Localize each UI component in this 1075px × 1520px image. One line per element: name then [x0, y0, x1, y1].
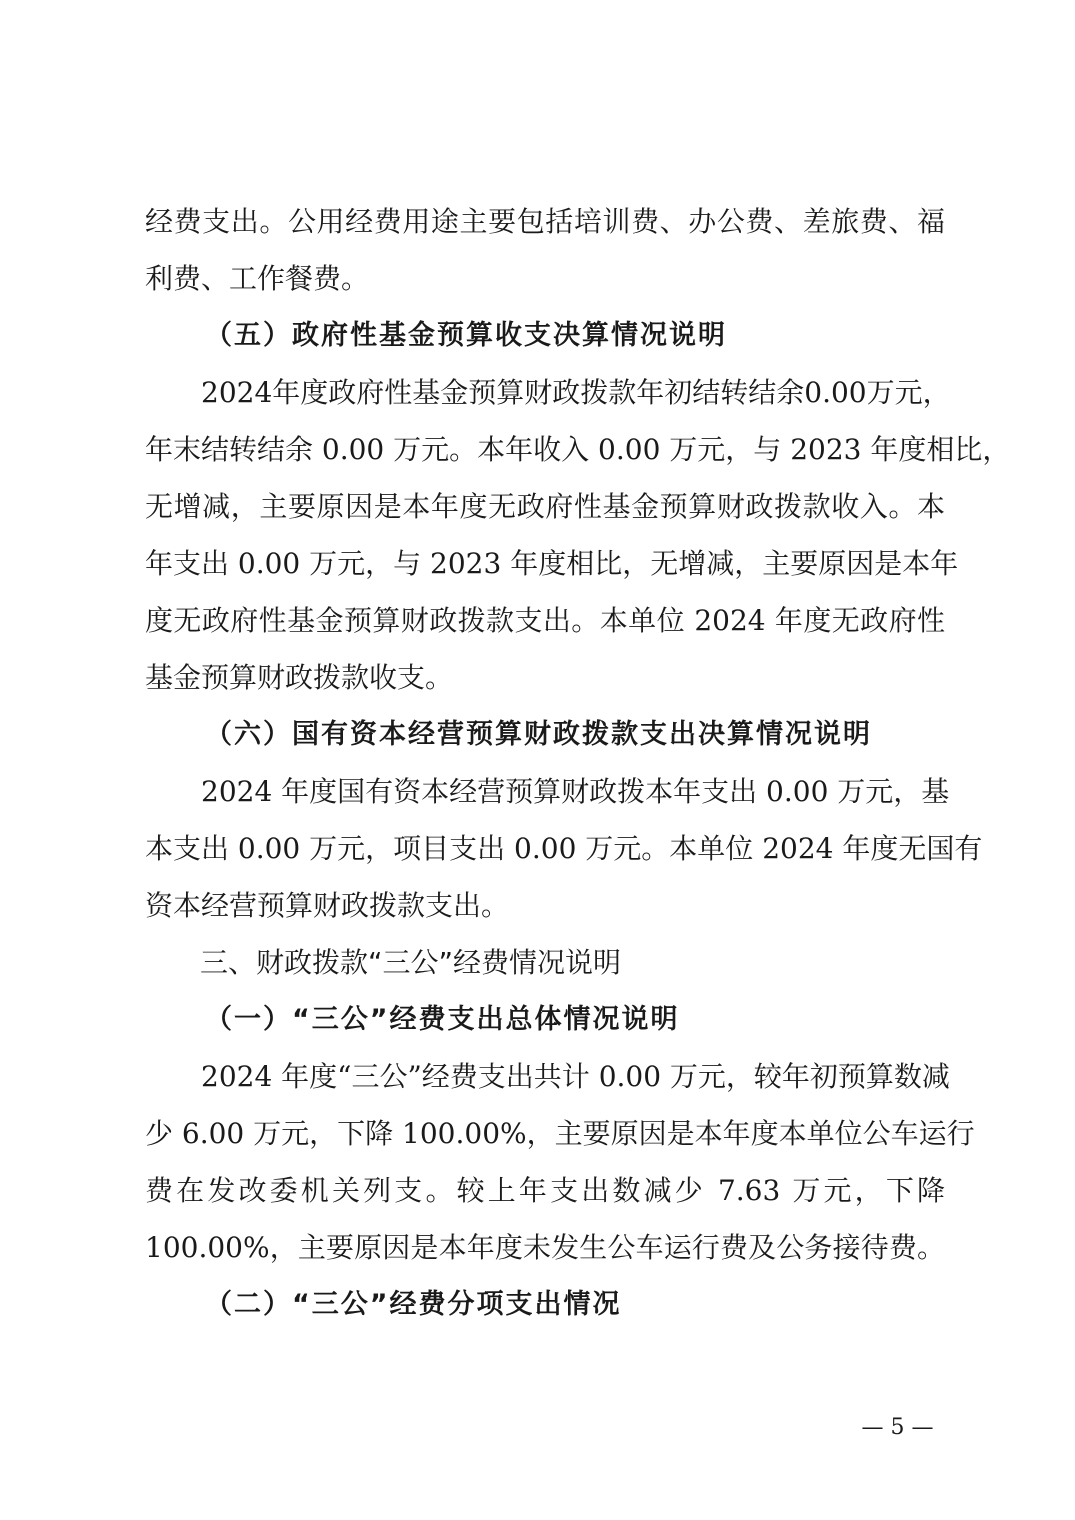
body-text-line: 少 6.00 万元，下降 100.00%，主要原因是本年度本单位公车运行 — [145, 1116, 945, 1152]
document-page: 经费支出。公用经费用途主要包括培训费、办公费、差旅费、福 利费、工作餐费。 （五… — [0, 0, 1075, 1520]
body-text-line: 2024年度政府性基金预算财政拨款年初结转结余0.00万元， — [201, 375, 945, 411]
body-text-line: 基金预算财政拨款收支。 — [145, 660, 945, 696]
body-text-line: 无增减，主要原因是本年度无政府性基金预算财政拨款收入。本 — [145, 489, 945, 525]
body-text-line: 年末结转结余 0.00 万元。本年收入 0.00 万元，与 2023 年度相比， — [145, 432, 945, 468]
body-text-line: 经费支出。公用经费用途主要包括培训费、办公费、差旅费、福 — [145, 204, 945, 240]
section-heading-5: （五）政府性基金预算收支决算情况说明 — [205, 318, 727, 354]
part-heading-3: 三、财政拨款“三公”经费情况说明 — [200, 945, 621, 981]
body-text-line: 2024 年度“三公”经费支出共计 0.00 万元，较年初预算数减 — [201, 1059, 945, 1095]
page-number: — 5 — — [850, 1414, 945, 1442]
body-text-line: 度无政府性基金预算财政拨款支出。本单位 2024 年度无政府性 — [145, 603, 945, 639]
body-text-line: 2024 年度国有资本经营预算财政拨本年支出 0.00 万元，基 — [201, 774, 945, 810]
body-text-line: 费在发改委机关列支。较上年支出数减少 7.63 万元，下降 — [145, 1173, 945, 1209]
section-heading-6: （六）国有资本经营预算财政拨款支出决算情况说明 — [205, 717, 872, 753]
subsection-heading-2: （二）“三公”经费分项支出情况 — [205, 1287, 622, 1323]
body-text-line: 100.00%，主要原因是本年度未发生公车运行费及公务接待费。 — [145, 1230, 945, 1266]
body-text-line: 资本经营预算财政拨款支出。 — [145, 888, 945, 924]
body-text-line: 本支出 0.00 万元，项目支出 0.00 万元。本单位 2024 年度无国有 — [145, 831, 945, 867]
subsection-heading-1: （一）“三公”经费支出总体情况说明 — [205, 1002, 680, 1038]
body-text-line: 利费、工作餐费。 — [145, 261, 945, 297]
body-text-line: 年支出 0.00 万元，与 2023 年度相比，无增减，主要原因是本年 — [145, 546, 945, 582]
